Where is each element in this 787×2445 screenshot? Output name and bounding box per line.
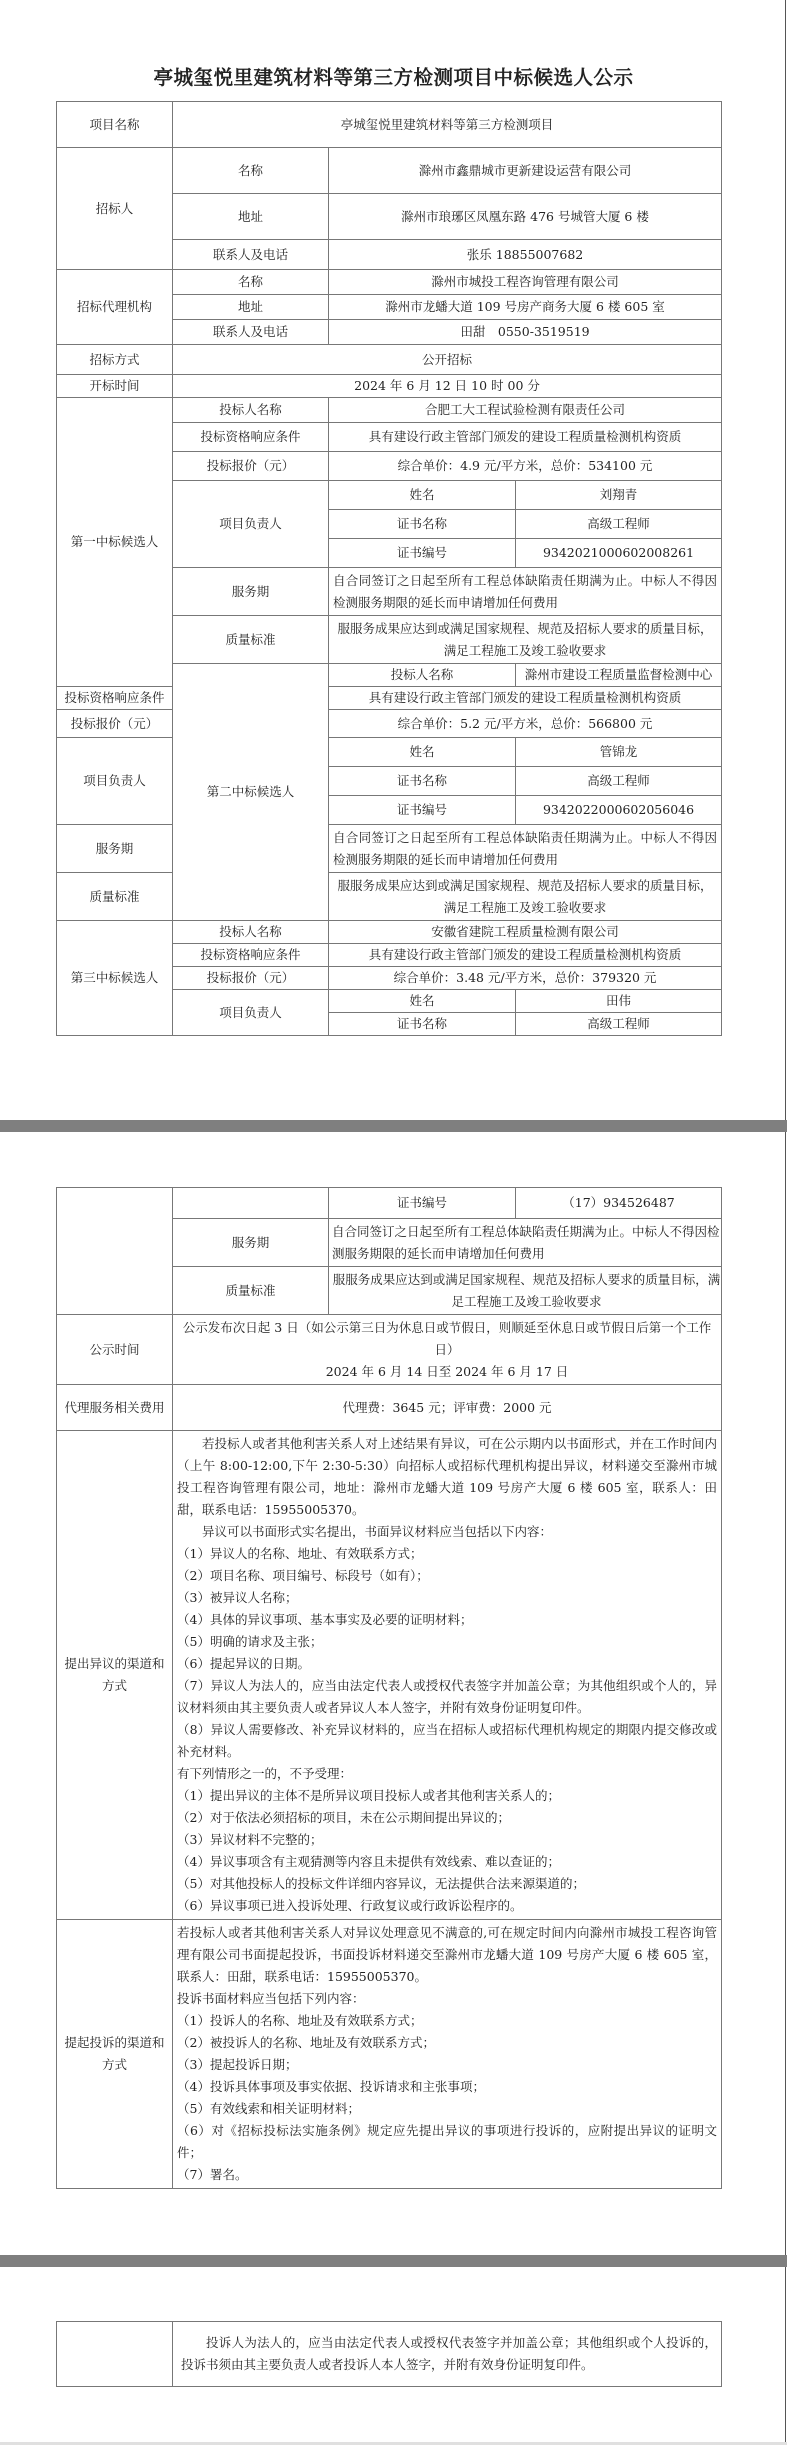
candidate-3-qualification: 具有建设行政主管部门颁发的建设工程质量检测机构资质 — [329, 944, 722, 967]
candidate-2-row-quality: 质量标准 服服务成果应达到或满足国家规程、规范及招标人要求的质量目标，满足工程施… — [57, 873, 722, 921]
objection-item: （6）提起异议的日期。 — [177, 1653, 717, 1675]
label-publicity-time: 公示时间 — [57, 1315, 173, 1385]
value-publicity-time: 公示发布次日起 3 日（如公示第三日为休息日或节假日，则顺延至休息日或节假日后第… — [173, 1315, 722, 1385]
label-open-time: 开标时间 — [57, 375, 173, 398]
candidate-1-label: 第一中标候选人 — [57, 398, 173, 687]
value-project-name: 亭城玺悦里建筑材料等第三方检测项目 — [173, 102, 722, 148]
page-separator — [0, 2255, 787, 2267]
document-title: 亭城玺悦里建筑材料等第三方检测项目中标候选人公示 — [0, 62, 787, 90]
label-quality: 质量标准 — [57, 873, 173, 921]
objection-reject-item: （6）异议事项已进入投诉处理、行政复议或行政诉讼程序的。 — [177, 1895, 717, 1917]
publicity-date-range: 2024 年 6 月 14 日至 2024 年 6 月 17 日 — [177, 1361, 717, 1383]
value-open-time: 2024 年 6 月 12 日 10 时 00 分 — [173, 375, 722, 398]
label-agency-address: 地址 — [173, 295, 329, 320]
complaint-continuation: 投诉人为法人的，应当由法定代表人或授权代表签字并加盖公章；其他组织或个人投诉的，… — [173, 2322, 722, 2387]
label-cert-no: 证书编号 — [329, 796, 516, 825]
publicity-period-rule: 公示发布次日起 3 日（如公示第三日为休息日或节假日，则顺延至休息日或节假日后第… — [177, 1317, 717, 1361]
page-edge — [785, 0, 786, 2442]
objection-item: （5）明确的请求及主张； — [177, 1631, 717, 1653]
label-quality: 质量标准 — [173, 1267, 329, 1315]
value-complaint: 若投标人或者其他利害关系人对异议处理意见不满意的,可在规定时间内向滁州市城投工程… — [173, 1920, 722, 2189]
notice-table-page-3: 投诉人为法人的，应当由法定代表人或授权代表签字并加盖公章；其他组织或个人投诉的，… — [56, 2321, 722, 2387]
candidate-1-qualification: 具有建设行政主管部门颁发的建设工程质量检测机构资质 — [329, 423, 722, 452]
label-person-name: 姓名 — [329, 990, 516, 1013]
complaint-intro: 若投标人或者其他利害关系人对异议处理意见不满意的,可在规定时间内向滁州市城投工程… — [177, 1922, 717, 1988]
label-cert-no: 证书编号 — [329, 1188, 516, 1219]
notice-table-page-2: 证书编号 （17）934526487 服务期 自合同签订之日起至所有工程总体缺陷… — [56, 1187, 722, 2189]
label-qualification: 投标资格响应条件 — [57, 687, 173, 710]
candidate-2-manager-name: 管锦龙 — [516, 738, 722, 767]
row-project-name: 项目名称 亭城玺悦里建筑材料等第三方检测项目 — [57, 102, 722, 148]
candidate-2-bidder-name: 滁州市建设工程质量监督检测中心 — [516, 664, 722, 687]
row-tender-method: 招标方式 公开招标 — [57, 345, 722, 375]
candidate-2-quality: 服服务成果应达到或满足国家规程、规范及招标人要求的质量目标，满足工程施工及竣工验… — [329, 873, 722, 921]
value-tenderer-contact: 张乐 18855007682 — [329, 240, 722, 270]
label-objection: 提出异议的渠道和方式 — [57, 1431, 173, 1920]
label-tender-method: 招标方式 — [57, 345, 173, 375]
objection-item: （7）异议人为法人的，应当由法定代表人或授权代表签字并加盖公章；为其他组织或个人… — [177, 1675, 717, 1719]
label-bidder-name: 投标人名称 — [173, 921, 329, 944]
label-tenderer-contact: 联系人及电话 — [173, 240, 329, 270]
label-qualification: 投标资格响应条件 — [173, 423, 329, 452]
value-objection: 若投标人或者其他利害关系人对上述结果有异议，可在公示期内以书面形式，并在工作时间… — [173, 1431, 722, 1920]
candidate-3-price: 综合单价：3.48 元/平方米，总价：379320 元 — [329, 967, 722, 990]
complaint-item: （7）署名。 — [177, 2164, 717, 2186]
value-service-fees: 代理费：3645 元；评审费：2000 元 — [173, 1385, 722, 1431]
objection-reject-intro: 有下列情形之一的，不予受理： — [177, 1763, 717, 1785]
label-service-period: 服务期 — [173, 1219, 329, 1267]
notice-table-page-1: 项目名称 亭城玺悦里建筑材料等第三方检测项目 招标人 名称 滁州市鑫鼎城市更新建… — [56, 101, 722, 1036]
complaint-signature-rule: 投诉人为法人的，应当由法定代表人或授权代表签字并加盖公章；其他组织或个人投诉的，… — [181, 2332, 717, 2376]
label-person-name: 姓名 — [329, 481, 516, 510]
row-open-time: 开标时间 2024 年 6 月 12 日 10 时 00 分 — [57, 375, 722, 398]
objection-item: （1）异议人的名称、地址、有效联系方式； — [177, 1543, 717, 1565]
candidate-3-service-period: 自合同签订之日起至所有工程总体缺陷责任期满为止。中标人不得因检测服务期限的延长而… — [329, 1219, 722, 1267]
value-agency-contact: 田甜 0550-3519519 — [329, 320, 722, 345]
objection-reject-item: （2）对于依法必须招标的项目，未在公示期间提出异议的； — [177, 1807, 717, 1829]
candidate-3-manager-name: 田伟 — [516, 990, 722, 1013]
candidate-3-bidder-name: 安徽省建院工程质量检测有限公司 — [329, 921, 722, 944]
candidate-2-label: 第二中标候选人 — [173, 664, 329, 921]
label-bidder-name: 投标人名称 — [173, 398, 329, 423]
row-complaint: 提起投诉的渠道和方式 若投标人或者其他利害关系人对异议处理意见不满意的,可在规定… — [57, 1920, 722, 2189]
value-tenderer-address: 滁州市琅琊区凤凰东路 476 号城管大厦 6 楼 — [329, 194, 722, 240]
candidate-3-row-cert-no: 证书编号 （17）934526487 — [57, 1188, 722, 1219]
label-cert-name: 证书名称 — [329, 510, 516, 539]
candidate-3-manager-continued — [173, 1188, 329, 1219]
label-complaint: 提起投诉的渠道和方式 — [57, 1920, 173, 2189]
label-service-period: 服务期 — [173, 568, 329, 616]
row-complaint-continued: 投诉人为法人的，应当由法定代表人或授权代表签字并加盖公章；其他组织或个人投诉的，… — [57, 2322, 722, 2387]
label-tenderer-name: 名称 — [173, 148, 329, 194]
row-tenderer-name: 招标人 名称 滁州市鑫鼎城市更新建设运营有限公司 — [57, 148, 722, 194]
label-tenderer: 招标人 — [57, 148, 173, 270]
objection-reject-item: （4）异议事项含有主观猜测等内容且未提供有效线索、难以查证的； — [177, 1851, 717, 1873]
label-service-fees: 代理服务相关费用 — [57, 1385, 173, 1431]
objection-item: （3）被异议人名称； — [177, 1587, 717, 1609]
label-manager: 项目负责人 — [57, 738, 173, 825]
row-objection: 提出异议的渠道和方式 若投标人或者其他利害关系人对上述结果有异议，可在公示期内以… — [57, 1431, 722, 1920]
label-manager: 项目负责人 — [173, 481, 329, 568]
candidate-2-price: 综合单价：5.2 元/平方米，总价：566800 元 — [329, 710, 722, 738]
candidate-1-service-period: 自合同签订之日起至所有工程总体缺陷责任期满为止。中标人不得因检测服务期限的延长而… — [329, 568, 722, 616]
objection-item: （4）具体的异议事项、基本事实及必要的证明材料； — [177, 1609, 717, 1631]
objection-reject-item: （1）提出异议的主体不是所异议项目投标人或者其他利害关系人的； — [177, 1785, 717, 1807]
complaint-item: （6）对《招标投标法实施条例》规定应先提出异议的事项进行投诉的，应附提出异议的证… — [177, 2120, 717, 2164]
label-quality: 质量标准 — [173, 616, 329, 664]
candidate-1-quality: 服服务成果应达到或满足国家规程、规范及招标人要求的质量目标，满足工程施工及竣工验… — [329, 616, 722, 664]
objection-reject-item: （5）对其他投标人的投标文件详细内容异议，无法提供合法来源渠道的； — [177, 1873, 717, 1895]
candidate-2-row-qualification: 投标资格响应条件 具有建设行政主管部门颁发的建设工程质量检测机构资质 — [57, 687, 722, 710]
candidate-1-cert-no: 9342021000602008261 — [516, 539, 722, 568]
candidate-3-cert-no: （17）934526487 — [516, 1188, 722, 1219]
label-cert-no: 证书编号 — [329, 539, 516, 568]
label-agency: 招标代理机构 — [57, 270, 173, 345]
value-tenderer-name: 滁州市鑫鼎城市更新建设运营有限公司 — [329, 148, 722, 194]
label-service-period: 服务期 — [57, 825, 173, 873]
complaint-content-intro: 投诉书面材料应当包括下列内容： — [177, 1988, 717, 2010]
candidate-3-cert-name: 高级工程师 — [516, 1013, 722, 1036]
value-agency-name: 滁州市城投工程咨询管理有限公司 — [329, 270, 722, 295]
objection-reject-item: （3）异议材料不完整的； — [177, 1829, 717, 1851]
row-agency-name: 招标代理机构 名称 滁州市城投工程咨询管理有限公司 — [57, 270, 722, 295]
complaint-item: （5）有效线索和相关证明材料； — [177, 2098, 717, 2120]
value-agency-address: 滁州市龙蟠大道 109 号房产商务大厦 6 楼 605 室 — [329, 295, 722, 320]
candidate-3-quality: 服服务成果应达到或满足国家规程、规范及招标人要求的质量目标，满足工程施工及竣工验… — [329, 1267, 722, 1315]
candidate-2-qualification: 具有建设行政主管部门颁发的建设工程质量检测机构资质 — [329, 687, 722, 710]
label-price: 投标报价（元） — [173, 967, 329, 990]
objection-item: （8）异议人需要修改、补充异议材料的，应当在招标人或招标代理机构规定的期限内提交… — [177, 1719, 717, 1763]
objection-item: （2）项目名称、项目编号、标段号（如有）； — [177, 1565, 717, 1587]
candidate-3-row-bidder: 第三中标候选人 投标人名称 安徽省建院工程质量检测有限公司 — [57, 921, 722, 944]
label-cert-name: 证书名称 — [329, 767, 516, 796]
candidate-2-service-period: 自合同签订之日起至所有工程总体缺陷责任期满为止。中标人不得因检测服务期限的延长而… — [329, 825, 722, 873]
candidate-2-row-manager-name: 项目负责人 姓名 管锦龙 — [57, 738, 722, 767]
complaint-item: （4）投诉具体事项及事实依据、投诉请求和主张事项； — [177, 2076, 717, 2098]
complaint-item: （2）被投诉人的名称、地址及有效联系方式； — [177, 2032, 717, 2054]
candidate-1-row-bidder: 第一中标候选人 投标人名称 合肥工大工程试验检测有限责任公司 — [57, 398, 722, 423]
label-agency-contact: 联系人及电话 — [173, 320, 329, 345]
complaint-item: （3）提起投诉日期； — [177, 2054, 717, 2076]
label-tenderer-address: 地址 — [173, 194, 329, 240]
objection-content-intro: 异议可以书面形式实名提出，书面异议材料应当包括以下内容： — [177, 1521, 717, 1543]
candidate-2-cert-name: 高级工程师 — [516, 767, 722, 796]
label-cert-name: 证书名称 — [329, 1013, 516, 1036]
label-complaint-continued — [57, 2322, 173, 2387]
value-tender-method: 公开招标 — [173, 345, 722, 375]
candidate-1-manager-name: 刘翔青 — [516, 481, 722, 510]
row-service-fees: 代理服务相关费用 代理费：3645 元；评审费：2000 元 — [57, 1385, 722, 1431]
candidate-1-price: 综合单价：4.9 元/平方米，总价：534100 元 — [329, 452, 722, 481]
candidate-2-cert-no: 9342022000602056046 — [516, 796, 722, 825]
objection-intro: 若投标人或者其他利害关系人对上述结果有异议，可在公示期内以书面形式，并在工作时间… — [177, 1433, 717, 1521]
complaint-item: （1）投诉人的名称、地址及有效联系方式； — [177, 2010, 717, 2032]
label-project-name: 项目名称 — [57, 102, 173, 148]
candidate-2-row-service-period: 服务期 自合同签订之日起至所有工程总体缺陷责任期满为止。中标人不得因检测服务期限… — [57, 825, 722, 873]
candidate-3-label: 第三中标候选人 — [57, 921, 173, 1036]
row-publicity-time: 公示时间 公示发布次日起 3 日（如公示第三日为休息日或节假日，则顺延至休息日或… — [57, 1315, 722, 1385]
label-price: 投标报价（元） — [57, 710, 173, 738]
candidate-2-row-price: 投标报价（元） 综合单价：5.2 元/平方米，总价：566800 元 — [57, 710, 722, 738]
label-person-name: 姓名 — [329, 738, 516, 767]
page-separator — [0, 1120, 787, 1132]
label-manager: 项目负责人 — [173, 990, 329, 1036]
label-agency-name: 名称 — [173, 270, 329, 295]
label-price: 投标报价（元） — [173, 452, 329, 481]
candidate-1-cert-name: 高级工程师 — [516, 510, 722, 539]
candidate-1-bidder-name: 合肥工大工程试验检测有限责任公司 — [329, 398, 722, 423]
candidate-3-label-continued — [57, 1188, 173, 1315]
label-bidder-name: 投标人名称 — [329, 664, 516, 687]
label-qualification: 投标资格响应条件 — [173, 944, 329, 967]
